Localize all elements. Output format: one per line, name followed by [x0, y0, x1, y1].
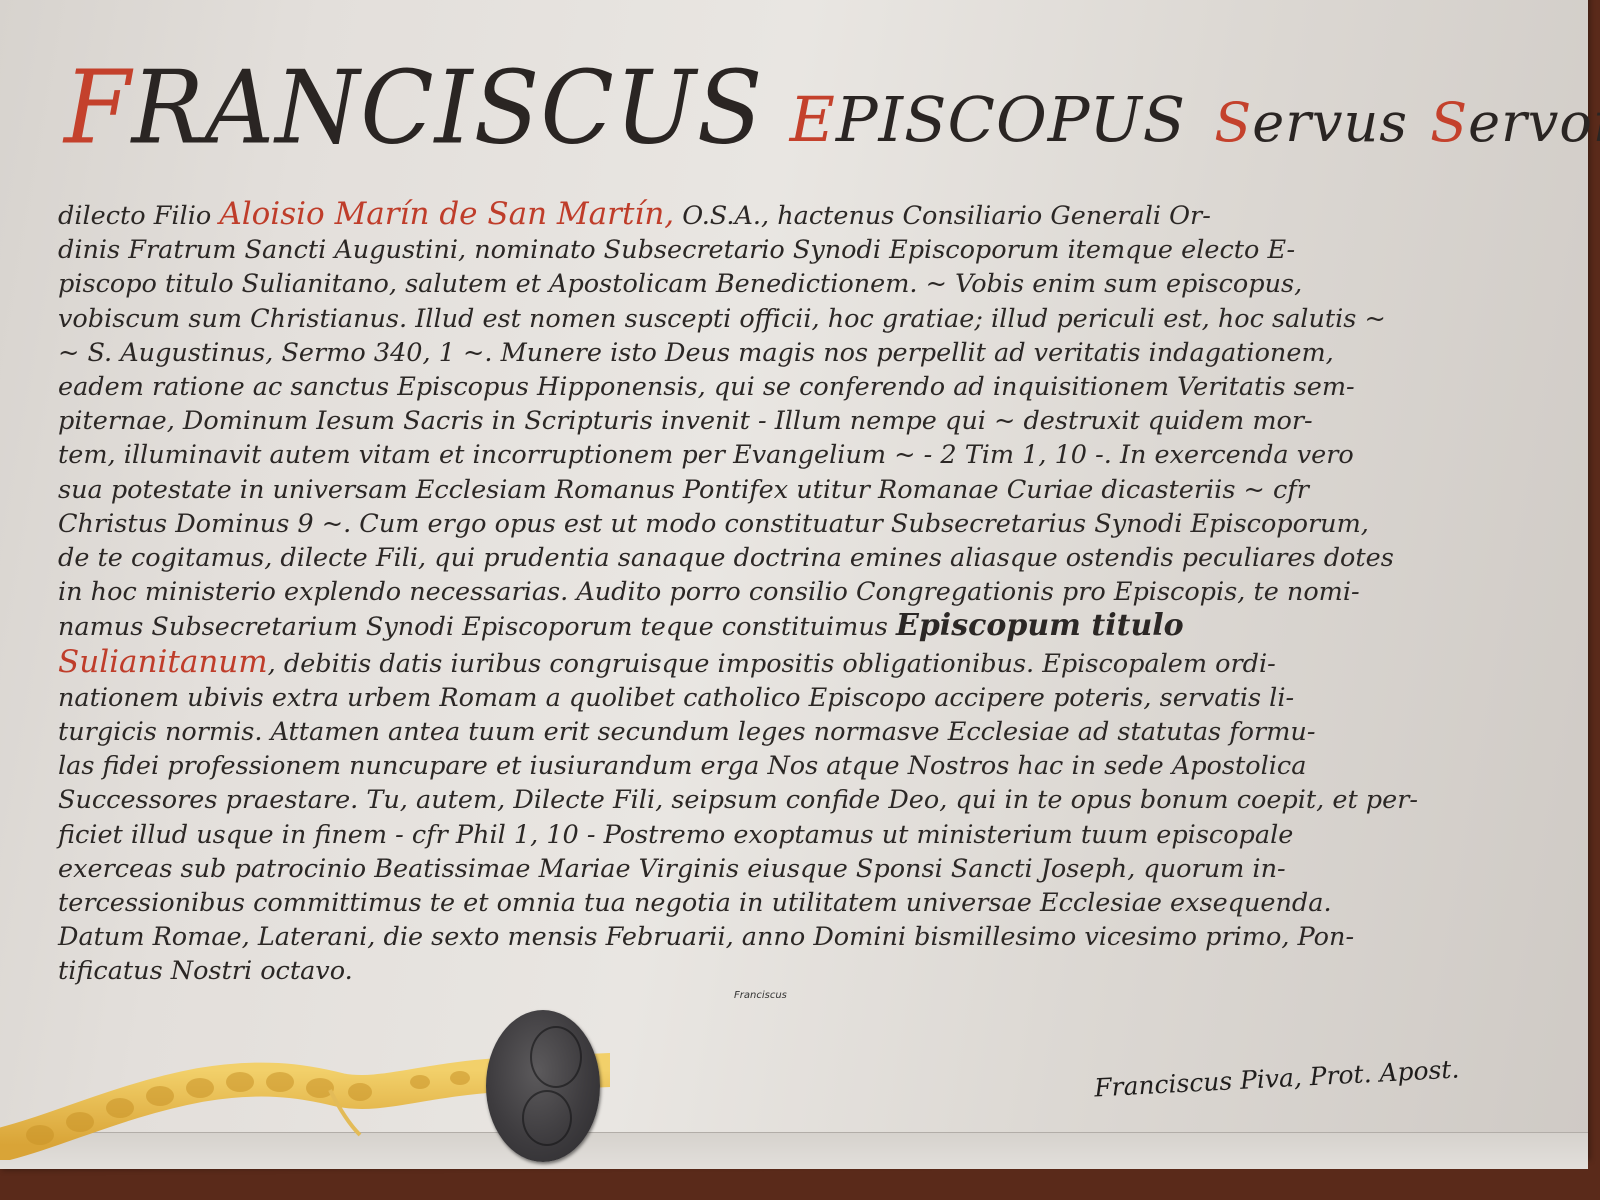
body-line: nationem ubivis extra urbem Romam a quol…	[58, 681, 1488, 715]
body-line: Sulianitanum, debitis datis iuribus cong…	[58, 645, 1488, 681]
body-line: ficiet illud usque in finem - cfr Phil 1…	[58, 818, 1488, 852]
body-line: ~ S. Augustinus, Sermo 340, 1 ~. Munere …	[58, 336, 1488, 370]
lead-seal-bulla	[486, 1010, 600, 1162]
document-heading: FRANCISCUS EPISCOPUS Servus Servorum Dei	[64, 52, 1464, 164]
body-line: tercessionibus committimus te et omnia t…	[58, 886, 1488, 920]
body-line: in hoc ministerio explendo necessarias. …	[58, 575, 1488, 609]
heading-initial-f: F	[64, 49, 132, 167]
body-line: vobiscum sum Christianus. Illud est nome…	[58, 302, 1488, 336]
body-line: Successores praestare. Tu, autem, Dilect…	[58, 783, 1488, 817]
heading-initial-s2: S	[1430, 91, 1468, 154]
body-line: namus Subsecretarium Synodi Episcoporum …	[58, 609, 1488, 644]
heading-episcopus: EPISCOPUS	[790, 83, 1187, 156]
body-line: dinis Fratrum Sancti Augustini, nominato…	[58, 233, 1488, 267]
heading-franciscus: FRANCISCUS	[64, 49, 763, 167]
body-line: de te cogitamus, dilecte Fili, qui prude…	[58, 541, 1488, 575]
body-line: piternae, Dominum Iesum Sacris in Script…	[58, 404, 1488, 438]
red-highlight-text: Sulianitanum	[58, 644, 268, 680]
body-line: turgicis normis. Attamen antea tuum erit…	[58, 715, 1488, 749]
body-line: eadem ratione ac sanctus Episcopus Hippo…	[58, 370, 1488, 404]
seal-upper-medallion	[530, 1026, 582, 1088]
emphasized-title-text: Episcopum titulo	[896, 608, 1184, 643]
heading-initial-s1: S	[1214, 91, 1252, 154]
heading-initial-e: E	[790, 83, 836, 156]
bull-body-text: dilecto Filio Aloisio Marín de San Martí…	[58, 197, 1488, 989]
body-line: las fidei professionem nuncupare et iusi…	[58, 749, 1488, 783]
body-line: tem, illuminavit autem vitam et incorrup…	[58, 438, 1488, 472]
body-line: exerceas sub patrocinio Beatissimae Mari…	[58, 852, 1488, 886]
heading-servus-rest: ervus	[1252, 91, 1408, 154]
pope-initials-signature: Franciscus	[734, 990, 787, 1001]
body-line: sua potestate in universam Ecclesiam Rom…	[58, 473, 1488, 507]
heading-servorum: Servorum	[1430, 91, 1600, 154]
heading-franciscus-rest: RANCISCUS	[132, 49, 764, 167]
heading-servus: Servus	[1214, 91, 1408, 154]
body-line: Christus Dominus 9 ~. Cum ergo opus est …	[58, 507, 1488, 541]
seal-lower-medallion	[522, 1090, 572, 1146]
red-highlight-text: Aloisio Marín de San Martín,	[219, 196, 674, 232]
body-line: Datum Romae, Laterani, die sexto mensis …	[58, 920, 1488, 954]
body-line: piscopo titulo Sulianitano, salutem et A…	[58, 267, 1488, 301]
body-line: tificatus Nostri octavo.	[58, 954, 1488, 988]
body-line: dilecto Filio Aloisio Marín de San Martí…	[58, 197, 1488, 233]
heading-servorum-rest: ervorum	[1468, 91, 1600, 154]
heading-episcopus-rest: PISCOPUS	[836, 83, 1186, 156]
